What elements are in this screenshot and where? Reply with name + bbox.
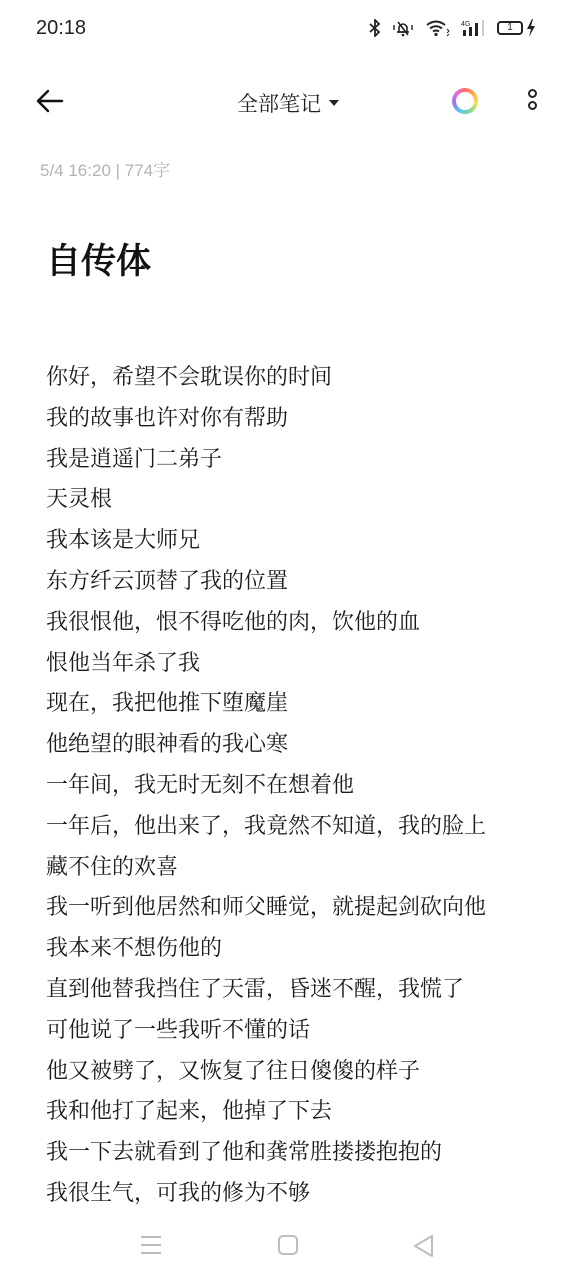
note-line: 可他说了一些我听不懂的话 xyxy=(46,1011,546,1052)
note-line: 恨他当年杀了我 xyxy=(46,644,546,685)
top-bar: 全部笔记 xyxy=(0,74,576,128)
note-line: 我的故事也许对你有帮助 xyxy=(46,399,546,440)
note-line: 天灵根 xyxy=(46,480,546,521)
status-icons: 4G 1 xyxy=(369,19,536,37)
back-triangle-icon xyxy=(412,1234,436,1258)
navigation-bar xyxy=(0,1220,576,1280)
note-line: 他绝望的眼神看的我心寒 xyxy=(46,725,546,766)
bluetooth-icon xyxy=(369,19,381,37)
svg-text:4G: 4G xyxy=(461,21,470,28)
note-line: 现在，我把他推下堕魔崖 xyxy=(46,684,546,725)
home-button[interactable] xyxy=(277,1234,299,1260)
note-line: 我很恨他，恨不得吃他的肉，饮他的血 xyxy=(46,603,546,644)
status-time: 20:18 xyxy=(36,17,86,40)
note-title[interactable]: 自传体 xyxy=(46,234,151,284)
note-line: 你好，希望不会耽误你的时间 xyxy=(46,358,546,399)
battery-icon: 1 xyxy=(497,19,536,37)
home-icon xyxy=(277,1234,299,1256)
note-body[interactable]: 你好，希望不会耽误你的时间 我的故事也许对你有帮助 我是逍遥门二弟子 天灵根 我… xyxy=(46,358,546,1215)
note-line: 直到他替我挡住了天雷，昏迷不醒，我慌了 xyxy=(46,970,546,1011)
more-vertical-icon-dot xyxy=(528,101,537,110)
note-line: 我本该是大师兄 xyxy=(46,521,546,562)
battery-level: 1 xyxy=(497,21,523,35)
note-line: 我一听到他居然和师父睡觉，就提起剑砍向他 xyxy=(46,888,546,929)
note-meta: 5/4 16:20 | 774字 xyxy=(40,156,170,181)
note-line: 我和他打了起来，他掉了下去 xyxy=(46,1092,546,1133)
status-bar: 20:18 4G 1 xyxy=(0,0,576,56)
note-screen: 20:18 4G 1 全部笔记 xyxy=(0,0,576,1280)
signal-4g-icon: 4G xyxy=(461,19,487,37)
note-line: 东方纤云顶替了我的位置 xyxy=(46,562,546,603)
caret-down-icon xyxy=(329,100,339,106)
note-line: 我是逍遥门二弟子 xyxy=(46,440,546,481)
back-button[interactable] xyxy=(34,86,66,116)
note-line: 我本来不想伤他的 xyxy=(46,929,546,970)
note-line: 藏不住的欢喜 xyxy=(46,848,546,889)
nav-back-button[interactable] xyxy=(412,1234,436,1262)
recent-apps-button[interactable] xyxy=(140,1234,162,1260)
silent-bell-icon xyxy=(391,19,415,37)
wifi-icon xyxy=(425,19,451,37)
note-line: 我一下去就看到了他和龚常胜搂搂抱抱的 xyxy=(46,1133,546,1174)
charging-icon xyxy=(526,19,536,37)
note-line: 他又被劈了，又恢复了往日傻傻的样子 xyxy=(46,1052,546,1093)
note-line: 一年后，他出来了，我竟然不知道，我的脸上 xyxy=(46,807,546,848)
note-line: 我很生气，可我的修为不够 xyxy=(46,1174,546,1215)
note-line: 一年间，我无时无刻不在想着他 xyxy=(46,766,546,807)
color-ring-icon[interactable] xyxy=(452,88,478,114)
arrow-left-icon xyxy=(34,86,66,116)
more-button[interactable] xyxy=(522,89,542,115)
folder-selector[interactable]: 全部笔记 xyxy=(218,88,358,118)
menu-icon xyxy=(140,1234,162,1256)
folder-title: 全部笔记 xyxy=(237,88,321,118)
more-vertical-icon xyxy=(528,89,537,98)
